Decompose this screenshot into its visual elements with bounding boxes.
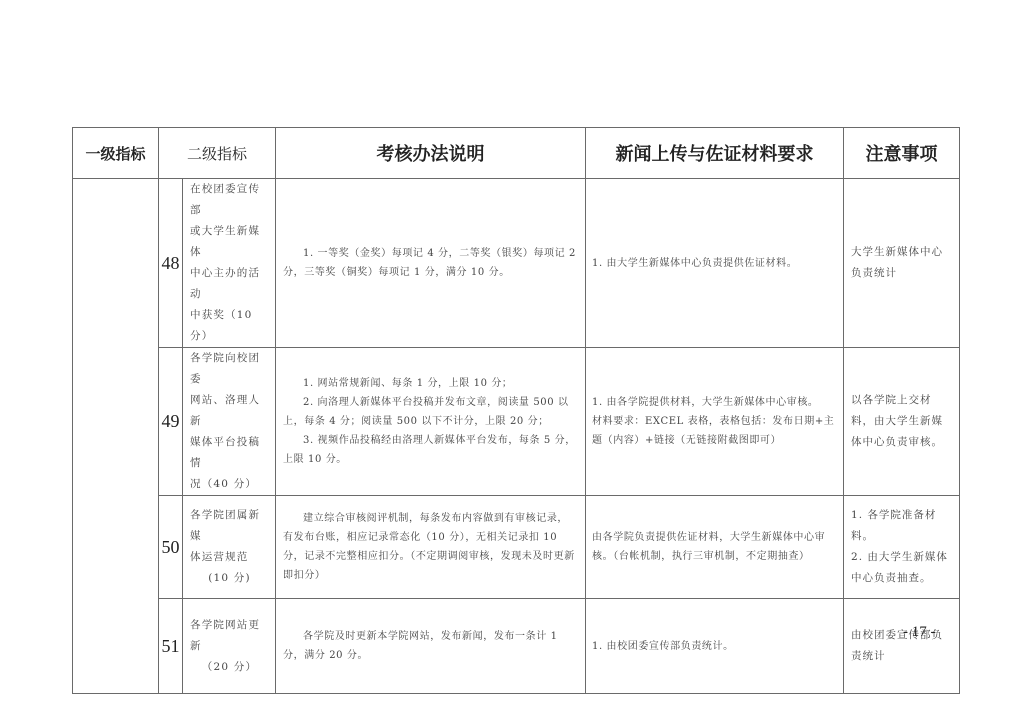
header-assessment-method: 考核办法说明	[276, 128, 586, 179]
indicator-line: 网站、洛理人新	[190, 390, 269, 432]
table-row: 49 各学院向校团委 网站、洛理人新 媒体平台投稿情 况（40 分） 1. 网站…	[73, 348, 960, 496]
header-level1-indicator: 一级指标	[73, 128, 159, 179]
indicator-line: (10 分)	[190, 568, 269, 589]
level2-indicator-cell: 各学院团属新媒 体运营规范 (10 分)	[183, 496, 276, 599]
notes-cell: 由校团委宣传部负责统计	[844, 599, 960, 694]
materials-cell: 1. 由大学生新媒体中心负责提供佐证材料。	[586, 179, 844, 348]
materials-paragraph: 材料要求：EXCEL 表格，表格包括：发布日期+主题（内容）+链接（无链接附截图…	[592, 412, 836, 450]
materials-cell: 由各学院负责提供佐证材料，大学生新媒体中心审核。（台帐机制，执行三审机制，不定期…	[586, 496, 844, 599]
level2-indicator-cell: 各学院网站更新 （20 分）	[183, 599, 276, 694]
page-number: - 17 -	[903, 624, 936, 641]
method-cell: 建立综合审核阅评机制，每条发布内容做到有审核记录，有发布台账，相应记录常态化（1…	[276, 496, 586, 599]
indicator-line: 或大学生新媒体	[190, 221, 269, 263]
header-level2-indicator: 二级指标	[159, 128, 276, 179]
row-number: 51	[159, 599, 183, 694]
indicator-line: （20 分）	[190, 657, 269, 678]
indicator-line: 媒体平台投稿情	[190, 432, 269, 474]
indicator-line: 体运营规范	[190, 547, 269, 568]
method-paragraph: 1. 一等奖（金奖）每项记 4 分，二等奖（银奖）每项记 2 分，三等奖（铜奖）…	[283, 244, 578, 282]
indicator-line: 况（40 分）	[190, 474, 269, 495]
notes-paragraph: 大学生新媒体中心负责统计	[851, 242, 953, 284]
method-cell: 1. 一等奖（金奖）每项记 4 分，二等奖（银奖）每项记 2 分，三等奖（铜奖）…	[276, 179, 586, 348]
header-materials-requirements: 新闻上传与佐证材料要求	[586, 128, 844, 179]
indicator-line: 在校团委宣传部	[190, 179, 269, 221]
row-number: 50	[159, 496, 183, 599]
indicator-line: 各学院网站更新	[190, 615, 269, 657]
level1-indicator-cell	[73, 179, 159, 694]
indicator-line: 各学院团属新媒	[190, 505, 269, 547]
notes-cell: 1. 各学院准备材料。 2. 由大学生新媒体中心负责抽查。	[844, 496, 960, 599]
notes-paragraph: 以各学院上交材料，由大学生新媒体中心负责审核。	[851, 390, 953, 453]
method-paragraph: 2. 向洛理人新媒体平台投稿并发布文章，阅读量 500 以上，每条 4 分；阅读…	[283, 393, 578, 431]
row-number: 48	[159, 179, 183, 348]
method-paragraph: 3. 视频作品投稿经由洛理人新媒体平台发布，每条 5 分，上限 10 分。	[283, 431, 578, 469]
materials-paragraph: 1. 由大学生新媒体中心负责提供佐证材料。	[592, 254, 836, 273]
notes-cell: 以各学院上交材料，由大学生新媒体中心负责审核。	[844, 348, 960, 496]
table-row: 51 各学院网站更新 （20 分） 各学院及时更新本学院网站，发布新闻，发布一条…	[73, 599, 960, 694]
row-number: 49	[159, 348, 183, 496]
materials-paragraph: 1. 由各学院提供材料，大学生新媒体中心审核。	[592, 393, 836, 412]
table-row: 50 各学院团属新媒 体运营规范 (10 分) 建立综合审核阅评机制，每条发布内…	[73, 496, 960, 599]
materials-cell: 1. 由各学院提供材料，大学生新媒体中心审核。 材料要求：EXCEL 表格，表格…	[586, 348, 844, 496]
indicator-line: 中心主办的活动	[190, 263, 269, 305]
notes-paragraph: 2. 由大学生新媒体中心负责抽查。	[851, 547, 953, 589]
table-row: 48 在校团委宣传部 或大学生新媒体 中心主办的活动 中获奖（10 分） 1. …	[73, 179, 960, 348]
method-paragraph: 建立综合审核阅评机制，每条发布内容做到有审核记录，有发布台账，相应记录常态化（1…	[283, 509, 578, 585]
notes-paragraph: 1. 各学院准备材料。	[851, 505, 953, 547]
method-cell: 各学院及时更新本学院网站，发布新闻，发布一条计 1 分，满分 20 分。	[276, 599, 586, 694]
method-paragraph: 1. 网站常规新闻、每条 1 分，上限 10 分；	[283, 374, 578, 393]
indicator-line: 各学院向校团委	[190, 348, 269, 390]
method-cell: 1. 网站常规新闻、每条 1 分，上限 10 分； 2. 向洛理人新媒体平台投稿…	[276, 348, 586, 496]
level2-indicator-cell: 各学院向校团委 网站、洛理人新 媒体平台投稿情 况（40 分）	[183, 348, 276, 496]
materials-paragraph: 1. 由校团委宣传部负责统计。	[592, 637, 836, 656]
header-notes: 注意事项	[844, 128, 960, 179]
table-header-row: 一级指标 二级指标 考核办法说明 新闻上传与佐证材料要求 注意事项	[73, 128, 960, 179]
method-paragraph: 各学院及时更新本学院网站，发布新闻，发布一条计 1 分，满分 20 分。	[283, 627, 578, 665]
materials-cell: 1. 由校团委宣传部负责统计。	[586, 599, 844, 694]
notes-cell: 大学生新媒体中心负责统计	[844, 179, 960, 348]
assessment-table: 一级指标 二级指标 考核办法说明 新闻上传与佐证材料要求 注意事项 48 在校团…	[72, 127, 960, 694]
materials-paragraph: 由各学院负责提供佐证材料，大学生新媒体中心审核。（台帐机制，执行三审机制，不定期…	[592, 528, 836, 566]
level2-indicator-cell: 在校团委宣传部 或大学生新媒体 中心主办的活动 中获奖（10 分）	[183, 179, 276, 348]
indicator-line: 中获奖（10 分）	[190, 305, 269, 347]
